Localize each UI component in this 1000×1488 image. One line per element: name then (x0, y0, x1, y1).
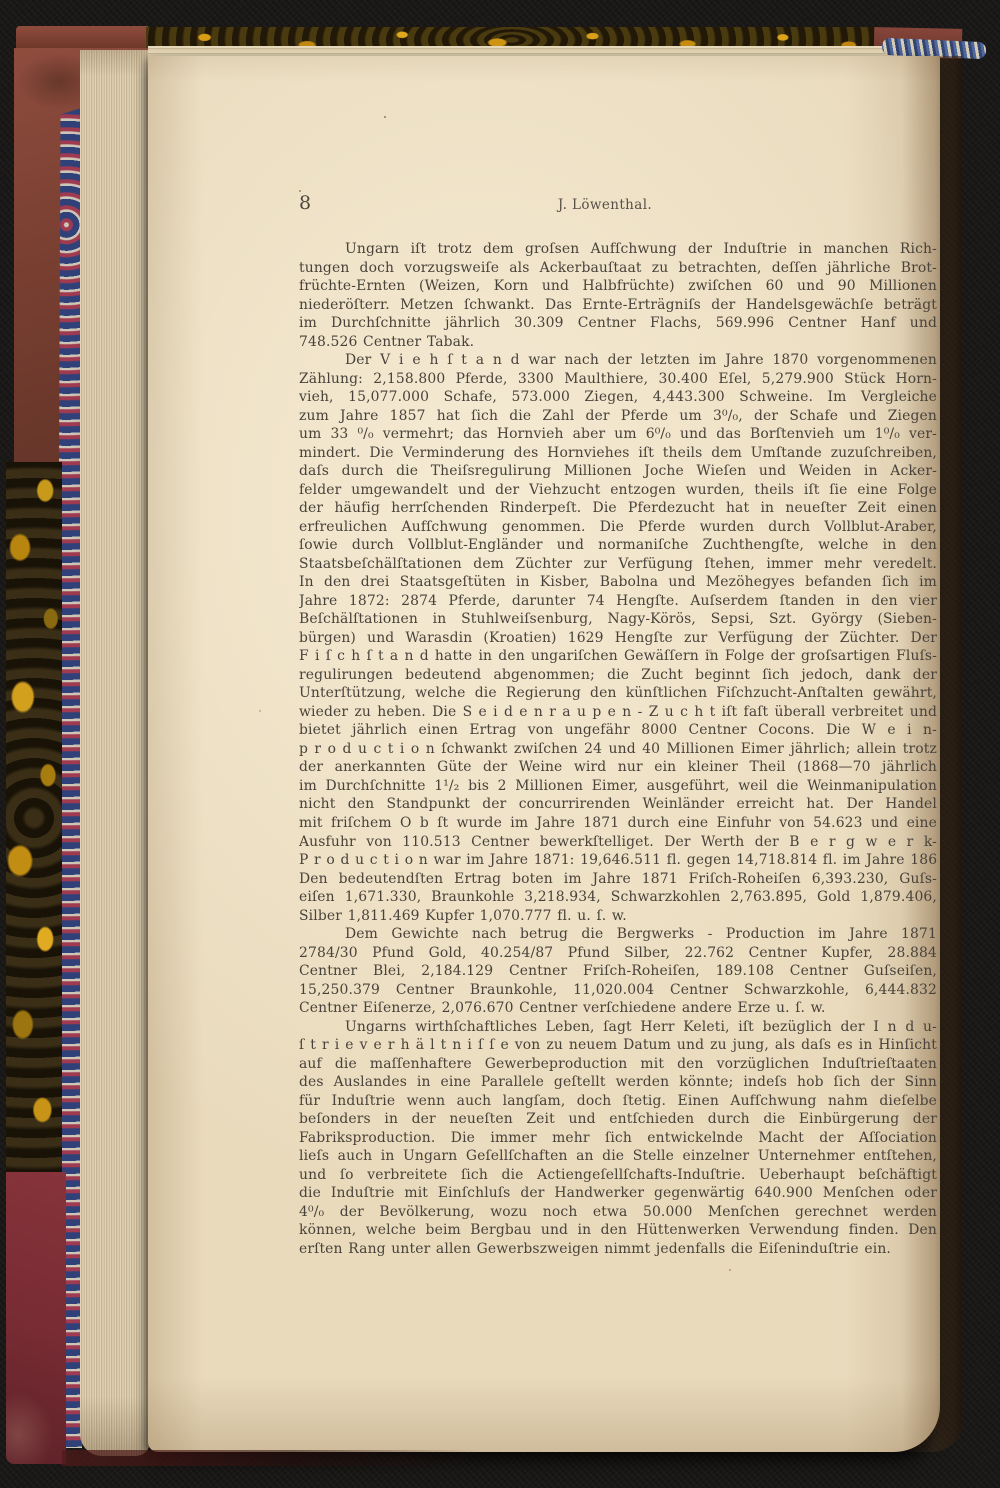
text-line: bürgen) und Warasdin (Kroatien) 1629 Hen… (299, 629, 937, 648)
text-line: Fabriksproduction. Die immer mehr ſich e… (299, 1129, 937, 1148)
text-line: wieder zu heben. Die S e i d e n r a u p… (299, 703, 937, 722)
text-line: nicht den Standpunkt der concurrirenden … (299, 795, 937, 814)
text-line: Der V i e h ſ t a n d war nach der letzt… (299, 351, 937, 370)
text-line: für Induſtrie wenn auch langſam, doch ſt… (299, 1092, 937, 1111)
text-line: 15,250.379 Centner Braunkohle, 11,020.00… (299, 981, 937, 1000)
text-line: lieſs auch in Ungarn Geſellſchaften an d… (299, 1147, 937, 1166)
running-header: J. Löwenthal. (299, 197, 911, 213)
text-line: zum Jahre 1857 hat ſich die Zahl der Pfe… (299, 407, 937, 426)
text-line: 4⁰/₀ der Bevölkerung, wozu noch etwa 50.… (299, 1203, 937, 1222)
text-line: eiſen 1,671.330, Braunkohle 3,218.934, S… (299, 888, 937, 907)
text-line: im Durchſchnitte jährlich 30.309 Centner… (299, 314, 937, 333)
text-line: 748.526 Centner Tabak. (299, 333, 937, 352)
text-line: beſonders in der neueſten Zeit und entſc… (299, 1110, 937, 1129)
text-line: mindert. Die Verminderung des Hornviehes… (299, 444, 937, 463)
text-line: früchte-Ernten (Weizen, Korn und Halbfrü… (299, 277, 937, 296)
text-line: daſs durch die Theiſsregulirung Millione… (299, 462, 937, 481)
text-line: erfreulichen Aufſchwung genommen. Die Pf… (299, 518, 937, 537)
text-line: Ungarns wirthſchaftliches Leben, ſagt He… (299, 1018, 937, 1037)
text-line: regulirungen bedeutend abgenommen; die Z… (299, 666, 937, 685)
text-line: 2784/30 Pfund Gold, 40.254/87 Pfund Silb… (299, 944, 937, 963)
text-line: vieh, 15,077.000 Schafe, 573.000 Ziegen,… (299, 388, 937, 407)
facing-page-sliver (962, 58, 1000, 1446)
page-head: 8 J. Löwenthal. (299, 190, 937, 240)
text-line: die Induſtrie mit Einſchluſs der Handwer… (299, 1184, 937, 1203)
text-line: niederöſterr. Metzen ſchwankt. Das Ernte… (299, 296, 937, 315)
text-line: ſowie durch Vollblut-Engländer und norma… (299, 536, 937, 555)
text-line: F i ſ c h ſ t a n d hatte in den ungariſ… (299, 647, 937, 666)
book-cover-marbled-left-edge (6, 462, 62, 1174)
text-line: Centner Eiſenerze, 2,076.670 Centner ver… (299, 999, 937, 1018)
paper-speck (299, 190, 301, 192)
text-line: Centner Blei, 2,184.129 Centner Friſch-R… (299, 962, 937, 981)
text-line: Ausfuhr von 110.513 Centner bewerkſtelli… (299, 833, 937, 852)
text-line: des Auslandes in eine Parallele geſtellt… (299, 1073, 937, 1092)
leather-corner-bottom-left (6, 1172, 66, 1464)
text-line: im Durchſchnitte 1¹/₂ bis 2 Millionen Ei… (299, 777, 937, 796)
text-line: p r o d u c t i o n ſchwankt zwiſchen 24… (299, 740, 937, 759)
text-line: P r o d u c t i o n war im Jahre 1871: 1… (299, 851, 937, 870)
text-line: Silber 1,811.469 Kupfer 1,070.777 fl. u.… (299, 907, 937, 926)
text-line: um 33 ⁰/₀ vermehrt; das Hornvieh aber um… (299, 425, 937, 444)
printed-content: 8 J. Löwenthal. Ungarn iſt trotz dem gro… (299, 190, 937, 1258)
text-line: Unterſtützung, welche die Regierung den … (299, 684, 937, 703)
text-line: der häufig herrſchenden Rinderpeſt. Die … (299, 499, 937, 518)
text-line: Den bedeutendſten Ertrag boten im Jahre … (299, 870, 937, 889)
text-block: Ungarn iſt trotz dem groſsen Aufſchwung … (299, 240, 937, 1258)
text-line: Staatsbeſchälſtationen dem Züchter zur V… (299, 555, 937, 574)
text-line: In den drei Staatsgeſtüten in Kisber, Ba… (299, 573, 937, 592)
photo-background: 8 J. Löwenthal. Ungarn iſt trotz dem gro… (0, 0, 1000, 1488)
page-block-fore-edges (80, 50, 150, 1456)
text-line: tungen doch vorzugsweiſe als Ackerbauſta… (299, 259, 937, 278)
text-line: Dem Gewichte nach betrug die Bergwerks -… (299, 925, 937, 944)
text-line: erſten Rang unter allen Gewerbszweigen n… (299, 1240, 937, 1259)
text-line: der anerkannten Güte der Weine wird nur … (299, 758, 937, 777)
text-line: Zählung: 2,158.800 Pferde, 3300 Maulthie… (299, 370, 937, 389)
text-line: Ungarn iſt trotz dem groſsen Aufſchwung … (299, 240, 937, 259)
text-line: ſ t r i e v e r h ä l t n i ſ ſ e von zu… (299, 1036, 937, 1055)
book-cover-bottom-sliver (62, 1450, 482, 1466)
text-line: bietet jährlich einen Ertrag von ungefäh… (299, 721, 937, 740)
text-line: mit friſchem O b ſt wurde im Jahre 1871 … (299, 814, 937, 833)
text-line: und ſo verbreitete ſich die Actiengeſell… (299, 1166, 937, 1185)
text-line: Beſchälſtationen in Stuhlweiſsenburg, Na… (299, 610, 937, 629)
text-line: auf die maſſenhaftere Gewerbeproduction … (299, 1055, 937, 1074)
text-line: können, welche beim Bergbau und in den H… (299, 1221, 937, 1240)
text-line: felder umgewandelt und der Viehzucht ent… (299, 481, 937, 500)
text-line: Jahre 1872: 2874 Pferde, darunter 74 Hen… (299, 592, 937, 611)
